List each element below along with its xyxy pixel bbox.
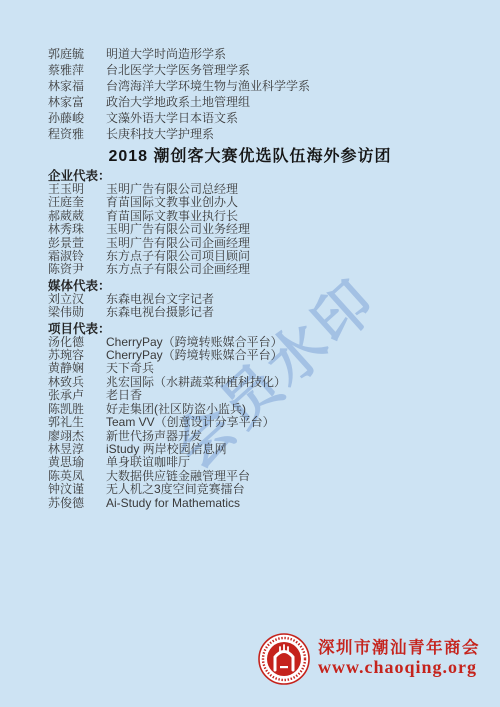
- section-enterprise-representatives: 企业代表： 王玉明玉明广告有限公司总经理 汪庭奎育苗国际文教事业创办人 郝葳葳育…: [48, 169, 500, 277]
- person-name: 黄静娴: [48, 362, 106, 375]
- person-name: 蔡雅萍: [48, 62, 106, 78]
- student-representatives-list: 郭庭毓明道大学时尚造形学系 蔡雅萍台北医学大学医务管理学系 林家福台湾海洋大学环…: [48, 46, 500, 142]
- list-item: 汪庭奎育苗国际文教事业创办人: [48, 196, 500, 209]
- org-name: 深圳市潮汕青年商会: [318, 639, 480, 657]
- list-item: 蔡雅萍台北医学大学医务管理学系: [48, 62, 500, 78]
- person-name: 郭礼生: [48, 416, 106, 429]
- person-project: 单身联谊咖啡厅: [106, 456, 190, 469]
- person-affiliation: 政治大学地政系土地管理组: [106, 94, 250, 110]
- person-name: 程资雅: [48, 126, 106, 142]
- person-name: 陈资尹: [48, 263, 106, 276]
- person-affiliation: 台湾海洋大学环境生物与渔业科学学系: [106, 78, 310, 94]
- list-item: 程资雅长庚科技大学护理系: [48, 126, 500, 142]
- person-project: 天下奇兵: [106, 362, 154, 375]
- person-project: CherryPay（跨境转账媒合平台）: [106, 349, 283, 362]
- person-name: 苏俊德: [48, 497, 106, 510]
- person-affiliation: 玉明广告有限公司业务经理: [106, 223, 250, 236]
- section-project-representatives: 项目代表： 汤化德CherryPay（跨境转账媒合平台） 苏琬容CherryPa…: [48, 322, 500, 510]
- chamber-seal-icon: [258, 633, 310, 685]
- person-name: 王玉明: [48, 183, 106, 196]
- person-name: 林家福: [48, 78, 106, 94]
- person-affiliation: 长庚科技大学护理系: [106, 126, 214, 142]
- list-item: 黄思瑜单身联谊咖啡厅: [48, 456, 500, 469]
- list-item: 林家福台湾海洋大学环境生物与渔业科学学系: [48, 78, 500, 94]
- person-name: 张承卢: [48, 389, 106, 402]
- org-url: www.chaoqing.org: [318, 657, 480, 678]
- list-item: 郭礼生Team VV（创意设计分享平台）: [48, 416, 500, 429]
- list-item: 廖翊杰新世代扬声器开发: [48, 430, 500, 443]
- page-title: 2018 潮创客大赛优选队伍海外参访团: [0, 147, 500, 167]
- list-item: 郭庭毓明道大学时尚造形学系: [48, 46, 500, 62]
- person-name: 陈英凤: [48, 470, 106, 483]
- person-affiliation: 文藻外语大学日本语文系: [106, 110, 238, 126]
- document-page: 会员水印 郭庭毓明道大学时尚造形学系 蔡雅萍台北医学大学医务管理学系 林家福台湾…: [0, 0, 500, 707]
- person-name: 黄思瑜: [48, 456, 106, 469]
- list-item: 陈资尹东方点子有限公司企画经理: [48, 263, 500, 276]
- person-name: 梁伟勋: [48, 306, 106, 319]
- section-header: 企业代表：: [48, 169, 500, 183]
- person-project: Ai-Study for Mathematics: [106, 497, 240, 510]
- section-header: 项目代表：: [48, 322, 500, 336]
- enterprise-representatives-list: 王玉明玉明广告有限公司总经理 汪庭奎育苗国际文教事业创办人 郝葳葳育苗国际文教事…: [48, 183, 500, 277]
- footer: 深圳市潮汕青年商会 www.chaoqing.org: [258, 633, 480, 685]
- person-project: 老日香: [106, 389, 142, 402]
- list-item: 黄静娴天下奇兵: [48, 362, 500, 375]
- section-media-representatives: 媒体代表： 刘立汉东森电视台文字记者 梁伟勋东森电视台摄影记者: [48, 279, 500, 320]
- list-item: 苏琬容CherryPay（跨境转账媒合平台）: [48, 349, 500, 362]
- media-representatives-list: 刘立汉东森电视台文字记者 梁伟勋东森电视台摄影记者: [48, 293, 500, 320]
- person-project: 新世代扬声器开发: [106, 430, 202, 443]
- person-name: 林家富: [48, 94, 106, 110]
- list-item: 孙藤峻文藻外语大学日本语文系: [48, 110, 500, 126]
- list-item: 林家富政治大学地政系土地管理组: [48, 94, 500, 110]
- list-item: 钟汶谨无人机之3度空间竞赛擂台: [48, 483, 500, 496]
- list-item: 林秀珠玉明广告有限公司业务经理: [48, 223, 500, 236]
- person-affiliation: 育苗国际文教事业创办人: [106, 196, 238, 209]
- project-representatives-list: 汤化德CherryPay（跨境转账媒合平台） 苏琬容CherryPay（跨境转账…: [48, 336, 500, 510]
- person-name: 孙藤峻: [48, 110, 106, 126]
- person-project: Team VV（创意设计分享平台）: [106, 416, 275, 429]
- person-affiliation: 东森电视台摄影记者: [106, 306, 214, 319]
- section-header: 媒体代表：: [48, 279, 500, 293]
- list-item: 苏俊德Ai-Study for Mathematics: [48, 497, 500, 510]
- person-name: 钟汶谨: [48, 483, 106, 496]
- person-name: 林秀珠: [48, 223, 106, 236]
- person-name: 郭庭毓: [48, 46, 106, 62]
- person-name: 廖翊杰: [48, 430, 106, 443]
- list-item: 张承卢老日香: [48, 389, 500, 402]
- person-name: 汪庭奎: [48, 196, 106, 209]
- list-item: 梁伟勋东森电视台摄影记者: [48, 306, 500, 319]
- person-affiliation: 东方点子有限公司企画经理: [106, 263, 250, 276]
- person-project: 无人机之3度空间竞赛擂台: [106, 483, 245, 496]
- person-affiliation: 台北医学大学医务管理学系: [106, 62, 250, 78]
- person-affiliation: 明道大学时尚造形学系: [106, 46, 226, 62]
